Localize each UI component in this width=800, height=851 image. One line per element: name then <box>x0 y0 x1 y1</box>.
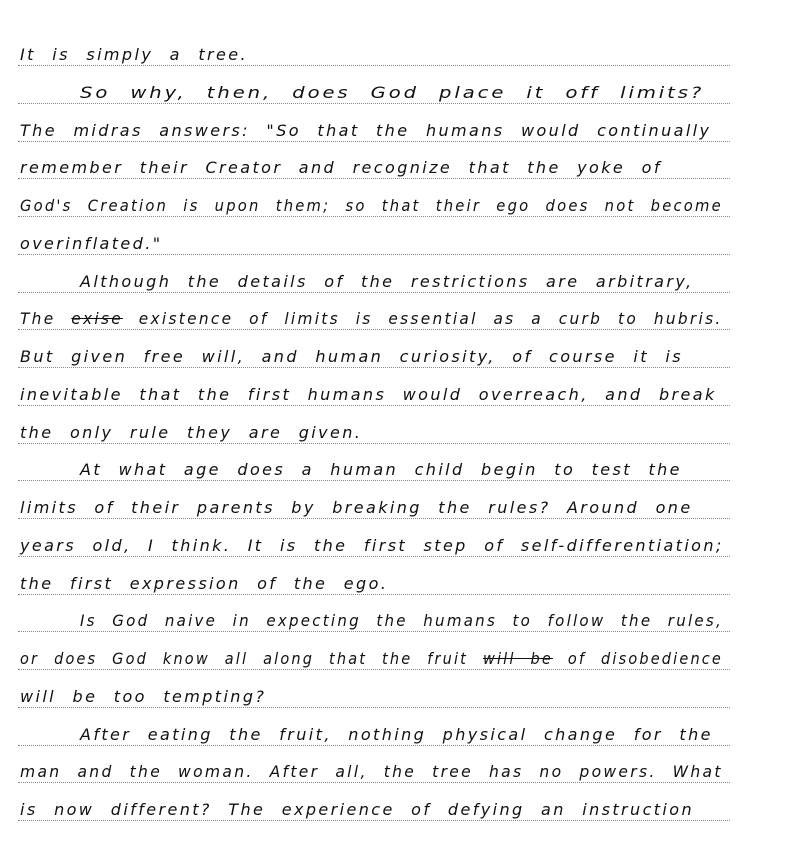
handwritten-text: will be too tempting? <box>20 687 266 706</box>
handwritten-text: man and the woman. After all, the tree h… <box>20 762 723 781</box>
handwritten-text: The exise existence of limits is essenti… <box>20 309 723 328</box>
handwritten-text: It is simply a tree. <box>20 45 248 64</box>
text-line: The exise existence of limits is essenti… <box>18 292 730 330</box>
handwritten-text: Although the details of the restrictions… <box>80 272 693 291</box>
struck-word: exise <box>71 309 123 328</box>
text-line: So why, then, does God place it off limi… <box>18 66 730 104</box>
handwritten-text: is now different? The experience of defy… <box>20 800 694 819</box>
notebook-page: It is simply a tree.So why, then, does G… <box>0 0 800 851</box>
text-line: limits of their parents by breaking the … <box>18 481 730 519</box>
handwritten-text: overinflated." <box>20 234 162 253</box>
text-line: inevitable that the first humans would o… <box>18 368 730 406</box>
struck-word: will be <box>483 649 553 668</box>
handwritten-text: limits of their parents by breaking the … <box>20 498 693 517</box>
handwritten-text: After eating the fruit, nothing physical… <box>80 725 713 744</box>
text-line: the only rule they are given. <box>18 406 730 444</box>
text-line: At what age does a human child begin to … <box>18 443 730 481</box>
handwritten-text: inevitable that the first humans would o… <box>20 385 717 404</box>
handwritten-text: The midras answers: "So that the humans … <box>20 121 711 140</box>
handwritten-text: years old, I think. It is the first step… <box>20 536 724 555</box>
text-line: Although the details of the restrictions… <box>18 255 730 293</box>
text-line: It is simply a tree. <box>18 28 730 66</box>
handwritten-text: the only rule they are given. <box>20 423 362 442</box>
handwritten-text: remember their Creator and recognize tha… <box>20 158 662 177</box>
text-line: Is God naive in expecting the humans to … <box>18 594 730 632</box>
text-line: remember their Creator and recognize tha… <box>18 141 730 179</box>
text-line: will be too tempting? <box>18 670 730 708</box>
text-line: is now different? The experience of defy… <box>18 783 730 821</box>
text-line: God's Creation is upon them; so that the… <box>18 179 730 217</box>
handwritten-text: Is God naive in expecting the humans to … <box>80 611 723 630</box>
text-line: or does God know all along that the frui… <box>18 632 730 670</box>
handwritten-text: the first expression of the ego. <box>20 574 388 593</box>
handwritten-text: At what age does a human child begin to … <box>80 460 682 479</box>
handwritten-text: God's Creation is upon them; so that the… <box>20 196 723 215</box>
text-line: the first expression of the ego. <box>18 557 730 595</box>
text-line: But given free will, and human curiosity… <box>18 330 730 368</box>
text-line: man and the woman. After all, the tree h… <box>18 745 730 783</box>
text-line: The midras answers: "So that the humans … <box>18 104 730 142</box>
text-line: overinflated." <box>18 217 730 255</box>
handwritten-text: But given free will, and human curiosity… <box>20 347 683 366</box>
handwritten-text: So why, then, does God place it off limi… <box>80 83 704 102</box>
text-line: years old, I think. It is the first step… <box>18 519 730 557</box>
handwritten-text: or does God know all along that the frui… <box>20 649 723 668</box>
text-line: After eating the fruit, nothing physical… <box>18 708 730 746</box>
